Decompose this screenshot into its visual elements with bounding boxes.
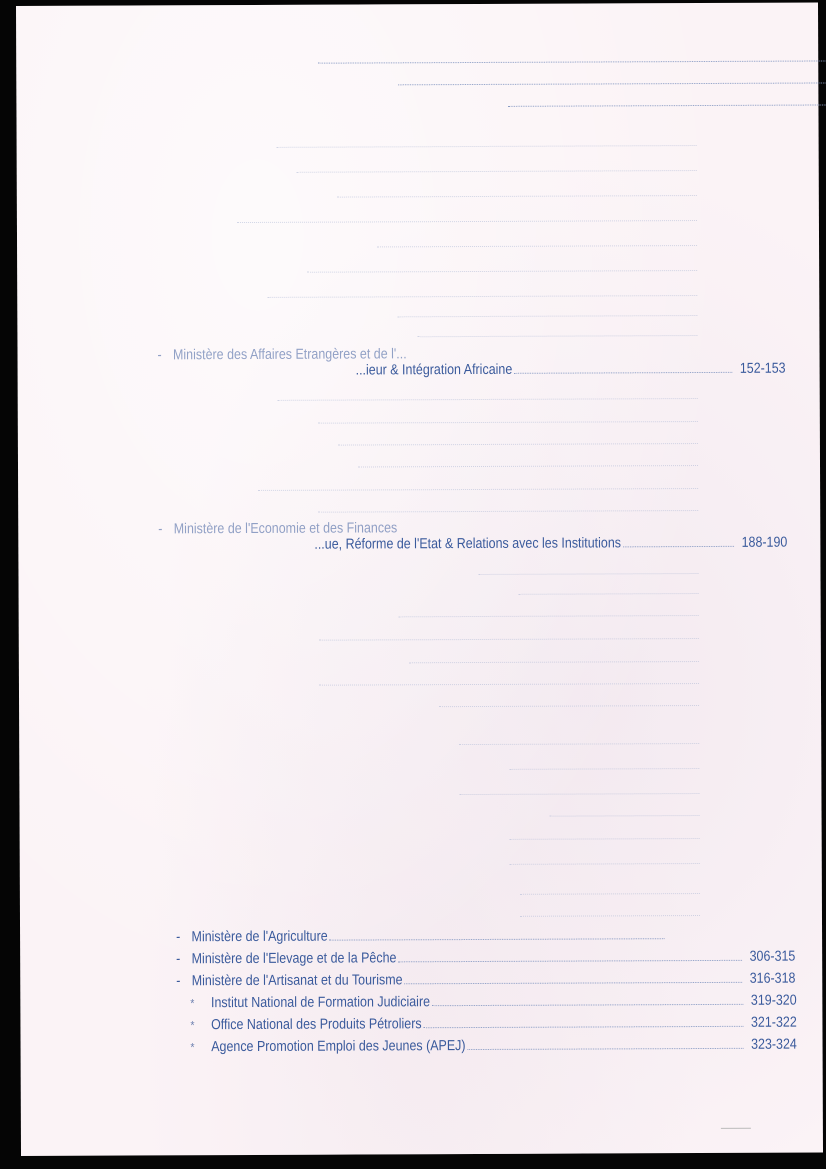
faded-leader (520, 893, 700, 895)
toc-entry: ...ue, Réforme de l'Etat & Relations ave… (314, 535, 787, 553)
toc-entry: - Ministère de l'Agriculture (176, 927, 718, 945)
faded-leader (307, 270, 697, 273)
toc-entry: 113 (316, 49, 826, 68)
dash-bullet: - (176, 951, 192, 967)
faded-leader (397, 315, 697, 317)
dot-leader (398, 81, 826, 85)
faded-leader (459, 743, 699, 745)
faded-leader (510, 863, 700, 865)
faded-leader (550, 815, 700, 817)
page-number: 319-320 (747, 993, 797, 1009)
entry-label: Ministère de l'Economie et des Finances (174, 520, 398, 537)
faded-leader (439, 705, 699, 707)
dot-leader (623, 545, 734, 547)
faded-leader (277, 145, 697, 148)
entry-label: Ministère de l'Agriculture (192, 929, 328, 946)
entry-label: Ministère de l'Artisanat et du Tourisme (192, 972, 403, 989)
dot-leader (398, 959, 742, 963)
asterisk-bullet: * (191, 1040, 212, 1054)
dot-leader (467, 1047, 743, 1050)
faded-leader (358, 465, 698, 467)
dash-bullet: - (176, 973, 192, 989)
entry-label: ...ieur & Intégration Africaine (356, 362, 513, 379)
faded-leader (258, 488, 698, 491)
faded-leader (318, 510, 698, 513)
toc-entry: - Ministère de l'Economie et des Finance… (158, 520, 519, 538)
toc-entry: 114 (506, 93, 826, 111)
toc-entry: * Institut National de Formation Judicia… (190, 993, 796, 1012)
toc-entry: ...ieur & Intégration Africaine 152-153 (356, 361, 786, 379)
entry-label: Ministère de l'Elevage et de la Pêche (192, 950, 397, 967)
faded-leader (478, 573, 698, 575)
dash-bullet: - (157, 347, 173, 363)
faded-leader (318, 421, 698, 424)
faded-leader (297, 170, 697, 173)
dot-leader (423, 1025, 743, 1028)
faded-leader (319, 638, 699, 641)
faded-leader (459, 793, 699, 795)
faded-leader (278, 398, 698, 401)
faded-leader (319, 683, 699, 686)
page-number: 316-318 (746, 971, 796, 987)
asterisk-bullet: * (190, 1018, 211, 1032)
faded-leader (237, 220, 697, 223)
entry-label: Agence Promotion Emploi des Jeunes (APEJ… (211, 1038, 465, 1055)
faded-leader (519, 593, 699, 595)
faded-leader (409, 661, 699, 663)
toc-entry: 113 (396, 71, 826, 90)
faded-leader (337, 195, 697, 198)
dot-leader (404, 981, 742, 984)
page-number: 188-190 (737, 535, 787, 551)
scanned-page: 113 113 114 - Ministère des Affaires Etr… (16, 3, 823, 1156)
page-number: 321-322 (747, 1015, 797, 1031)
dot-leader (329, 937, 664, 940)
page-number: 152-153 (736, 361, 786, 377)
toc-entry: - Ministère de l'Elevage et de la Pêche … (176, 949, 795, 968)
entry-label: Institut National de Formation Judiciair… (211, 994, 430, 1011)
dot-leader (318, 59, 826, 64)
dash-bullet: - (176, 929, 192, 945)
faded-leader (399, 615, 699, 617)
asterisk-bullet: * (190, 996, 211, 1010)
scan-mark (721, 1128, 751, 1129)
faded-leader (338, 443, 698, 446)
entry-label: ...ue, Réforme de l'Etat & Relations ave… (314, 535, 621, 552)
entry-label: Ministère des Affaires Etrangères et de … (173, 346, 407, 363)
dot-leader (432, 1003, 744, 1006)
faded-leader (267, 295, 697, 298)
entry-label: Office National des Produits Pétroliers (211, 1016, 422, 1033)
faded-leader (417, 335, 697, 337)
toc-entry: - Ministère des Affaires Etrangères et d… (157, 346, 518, 364)
dash-bullet: - (158, 521, 174, 537)
faded-leader (377, 245, 697, 247)
dot-leader (514, 371, 732, 374)
page-number: 323-324 (747, 1037, 797, 1053)
toc-entry: - Ministère de l'Artisanat et du Tourism… (176, 971, 795, 990)
toc-entry: * Agence Promotion Emploi des Jeunes (AP… (191, 1037, 797, 1056)
faded-leader (520, 915, 700, 917)
page-number: 306-315 (745, 949, 795, 965)
toc-entry: * Office National des Produits Pétrolier… (190, 1015, 796, 1034)
faded-leader (510, 838, 700, 840)
faded-leader (509, 768, 699, 770)
dot-leader (508, 103, 826, 107)
